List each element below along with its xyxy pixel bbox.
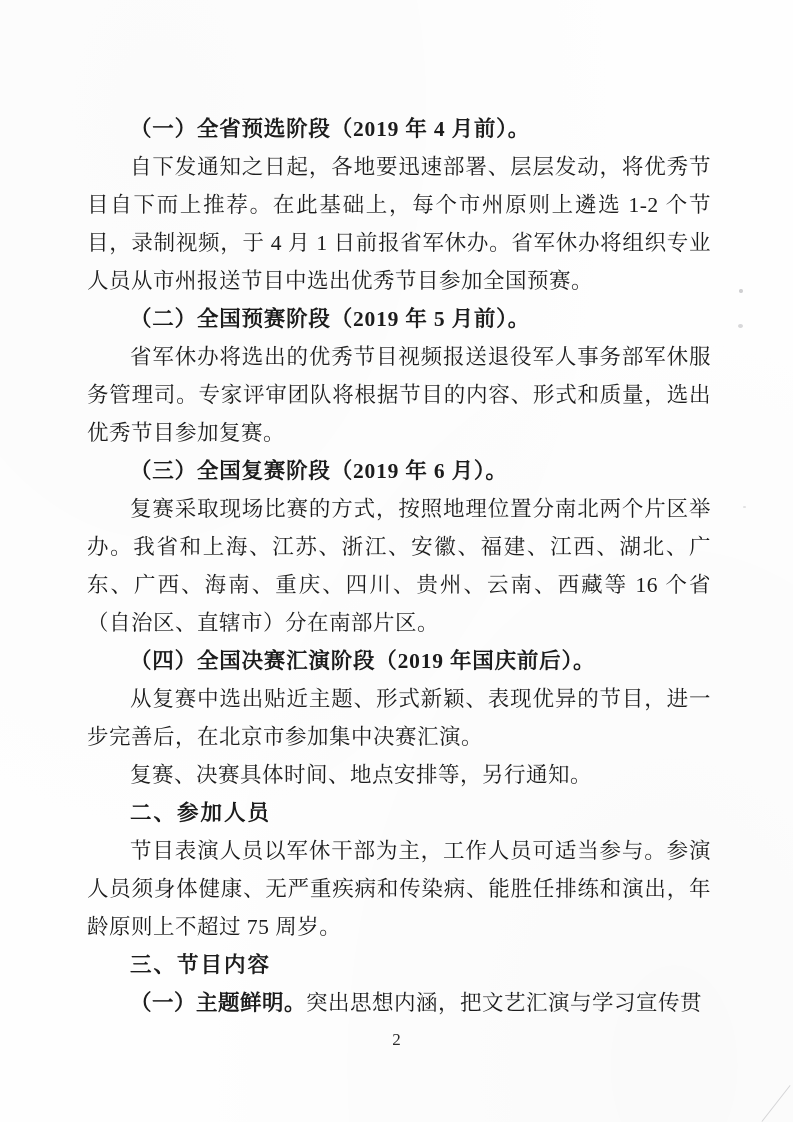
- paragraph: 省军休办将选出的优秀节目视频报送退役军人事务部军休服务管理司。专家评审团队将根据…: [87, 338, 711, 452]
- paragraph-lead: （一）主题鲜明。: [130, 991, 306, 1015]
- paragraph-rest: 突出思想内涵，把文艺汇演与学习宣传贯: [306, 991, 702, 1015]
- stage-heading-1: （一）全省预选阶段（2019 年 4 月前）。: [87, 110, 711, 148]
- section-heading-participants: 二、参加人员: [87, 794, 711, 832]
- stage-heading-4: （四）全国决赛汇演阶段（2019 年国庆前后）。: [87, 642, 711, 680]
- scan-artifact: [702, 509, 705, 512]
- paragraph: 节目表演人员以军休干部为主，工作人员可适当参与。参演人员须身体健康、无严重疾病和…: [87, 832, 711, 946]
- page-number: 2: [392, 1030, 401, 1049]
- paragraph: 复赛、决赛具体时间、地点安排等，另行通知。: [87, 756, 711, 794]
- paragraph: 从复赛中选出贴近主题、形式新颖、表现优异的节目，进一步完善后，在北京市参加集中决…: [87, 680, 711, 756]
- stage-heading-3: （三）全国复赛阶段（2019 年 6 月）。: [87, 452, 711, 490]
- scan-artifact: [738, 324, 743, 328]
- section-heading-program-content: 三、节目内容: [87, 946, 711, 984]
- scan-artifact: [743, 506, 746, 508]
- stage-heading-2: （二）全国预赛阶段（2019 年 5 月前）。: [87, 300, 711, 338]
- document-body: （一）全省预选阶段（2019 年 4 月前）。 自下发通知之日起，各地要迅速部署…: [87, 110, 711, 1022]
- paragraph: 复赛采取现场比赛的方式，按照地理位置分南北两个片区举办。我省和上海、江苏、浙江、…: [87, 490, 711, 642]
- paragraph: 自下发通知之日起，各地要迅速部署、层层发动，将优秀节目自下而上推荐。在此基础上，…: [87, 148, 711, 300]
- page-footer: 2: [0, 1028, 793, 1052]
- scan-artifact: [739, 289, 743, 293]
- paragraph-with-lead: （一）主题鲜明。突出思想内涵，把文艺汇演与学习宣传贯: [87, 984, 711, 1022]
- document-page: （一）全省预选阶段（2019 年 4 月前）。 自下发通知之日起，各地要迅速部署…: [0, 0, 793, 1122]
- scan-fold-artifact: [761, 1085, 790, 1122]
